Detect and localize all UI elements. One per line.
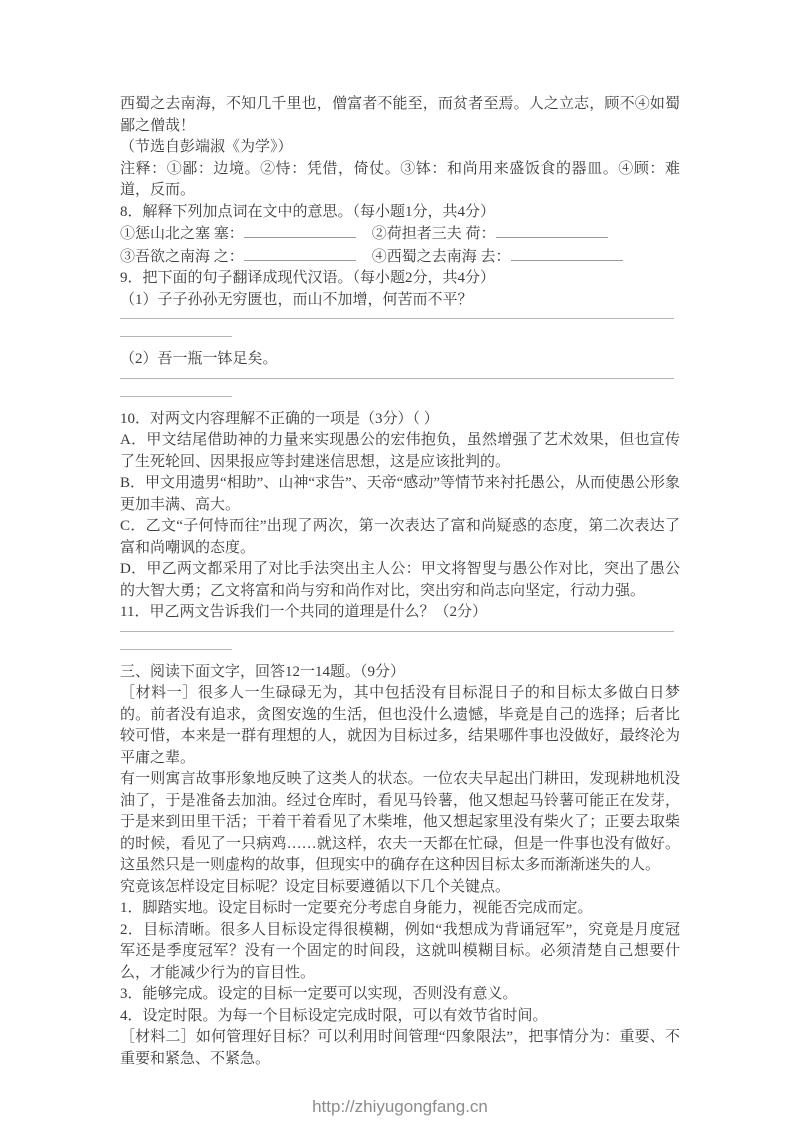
question-9-stem: 9．把下面的句子翻译成现代汉语。（每小题2分，共4分）	[120, 268, 680, 290]
answer-line-full	[120, 631, 674, 632]
material-2-paragraph: ［材料二］如何管理好目标？可以利用时间管理“四象限法”，把事情分为：重要、不重要…	[120, 1027, 680, 1070]
exam-text-block: 西蜀之去南海，不知几千里也，僧富者不能至，而贫者至焉。人之立志，顾不④如蜀鄙之僧…	[120, 94, 680, 1120]
fable-paragraph: 有一则寓言故事形象地反映了这类人的状态。一位农夫早起出门耕田，发现耕地机没油了，…	[120, 769, 680, 877]
footer-url-link[interactable]: http://zhiyugongfang.cn	[312, 1097, 488, 1116]
question-9-item-1: （1）子子孙孙无穷匮也，而山不加增，何苦而不平？	[120, 290, 680, 312]
question-8-blank-row-2: ③吾欲之南海 之：④西蜀之去南海 去：	[120, 246, 680, 269]
question-10-option-b: B．甲文用遗男“相助”、山神“求告”、天帝“感动”等情节来衬托愚公，从而使愚公形…	[120, 473, 680, 516]
answer-line-short	[120, 396, 232, 397]
passage-source-line: （节选自彭端淑《为学》）	[120, 137, 680, 159]
q8-item-1-label: ①惩山北之塞 塞：	[120, 226, 244, 242]
material-1-paragraph: ［材料一］很多人一生碌碌无为，其中包括没有目标混日子的和目标太多做白日梦的。前者…	[120, 683, 680, 769]
section-3-heading: 三、阅读下面文字，回答12一14题。（9分）	[120, 662, 680, 684]
q8-item-2-answer-blank	[496, 223, 608, 238]
page-footer: http://zhiyugongfang.cn	[120, 1096, 680, 1120]
q8-item-1-answer-blank	[244, 223, 356, 238]
answer-line-short	[120, 336, 232, 337]
q8-item-3-label: ③吾欲之南海 之：	[120, 249, 244, 265]
question-8-blank-row-1: ①惩山北之塞 塞：②荷担者三夫 荷：	[120, 223, 680, 246]
question-10-option-d: D．甲乙两文都采用了对比手法突出主人公：甲文将智叟与愚公作对比，突出了愚公的大智…	[120, 559, 680, 602]
question-10-stem: 10．对两文内容理解不正确的一项是（3分）（ ）	[120, 409, 680, 431]
q8-item-2-label: ②荷担者三夫 荷：	[372, 226, 496, 242]
question-10-option-a: A．甲文结尾借助神的力量来实现愚公的宏伟抱负，虽然增强了艺术效果，但也宣传了生死…	[120, 430, 680, 473]
q8-item-4-answer-blank	[511, 246, 623, 261]
goal-setting-intro: 究竟该怎样设定目标呢？设定目标要遵循以下几个关键点。	[120, 877, 680, 899]
key-point-2: 2．目标清晰。很多人目标设定得很模糊，例如“我想成为背诵冠军”，究竟是月度冠军还…	[120, 920, 680, 985]
q8-item-3-answer-blank	[244, 246, 356, 261]
passage-notes-line: 注释：①鄙：边境。②恃：凭借，倚仗。③钵：和尚用来盛饭食的器皿。④顾：难道，反而…	[120, 159, 680, 202]
question-9-item-2: （2）吾一瓶一钵足矣。	[120, 349, 680, 371]
key-point-4: 4．设定时限。为每一个目标设定完成时限，可以有效节省时间。	[120, 1006, 680, 1028]
passage-paragraph: 西蜀之去南海，不知几千里也，僧富者不能至，而贫者至焉。人之立志，顾不④如蜀鄙之僧…	[120, 94, 680, 137]
scanned-exam-page: { "page": { "background": "#ffffff", "te…	[0, 0, 793, 1122]
key-point-3: 3．能够完成。设定的目标一定要可以实现，否则没有意义。	[120, 984, 680, 1006]
q8-item-4-label: ④西蜀之去南海 去：	[372, 249, 511, 265]
answer-line-full	[120, 378, 674, 379]
answer-line-full	[120, 318, 674, 319]
question-10-option-c: C．乙文“子何恃而往”出现了两次，第一次表达了富和尚疑惑的态度，第二次表达了富和…	[120, 516, 680, 559]
question-8-stem: 8．解释下列加点词在文中的意思。（每小题1分，共4分）	[120, 202, 680, 224]
answer-line-short	[120, 649, 232, 650]
key-point-1: 1．脚踏实地。设定目标时一定要充分考虑自身能力，视能否完成而定。	[120, 898, 680, 920]
question-11-stem: 11．甲乙两文告诉我们一个共同的道理是什么？（2分）	[120, 602, 680, 624]
